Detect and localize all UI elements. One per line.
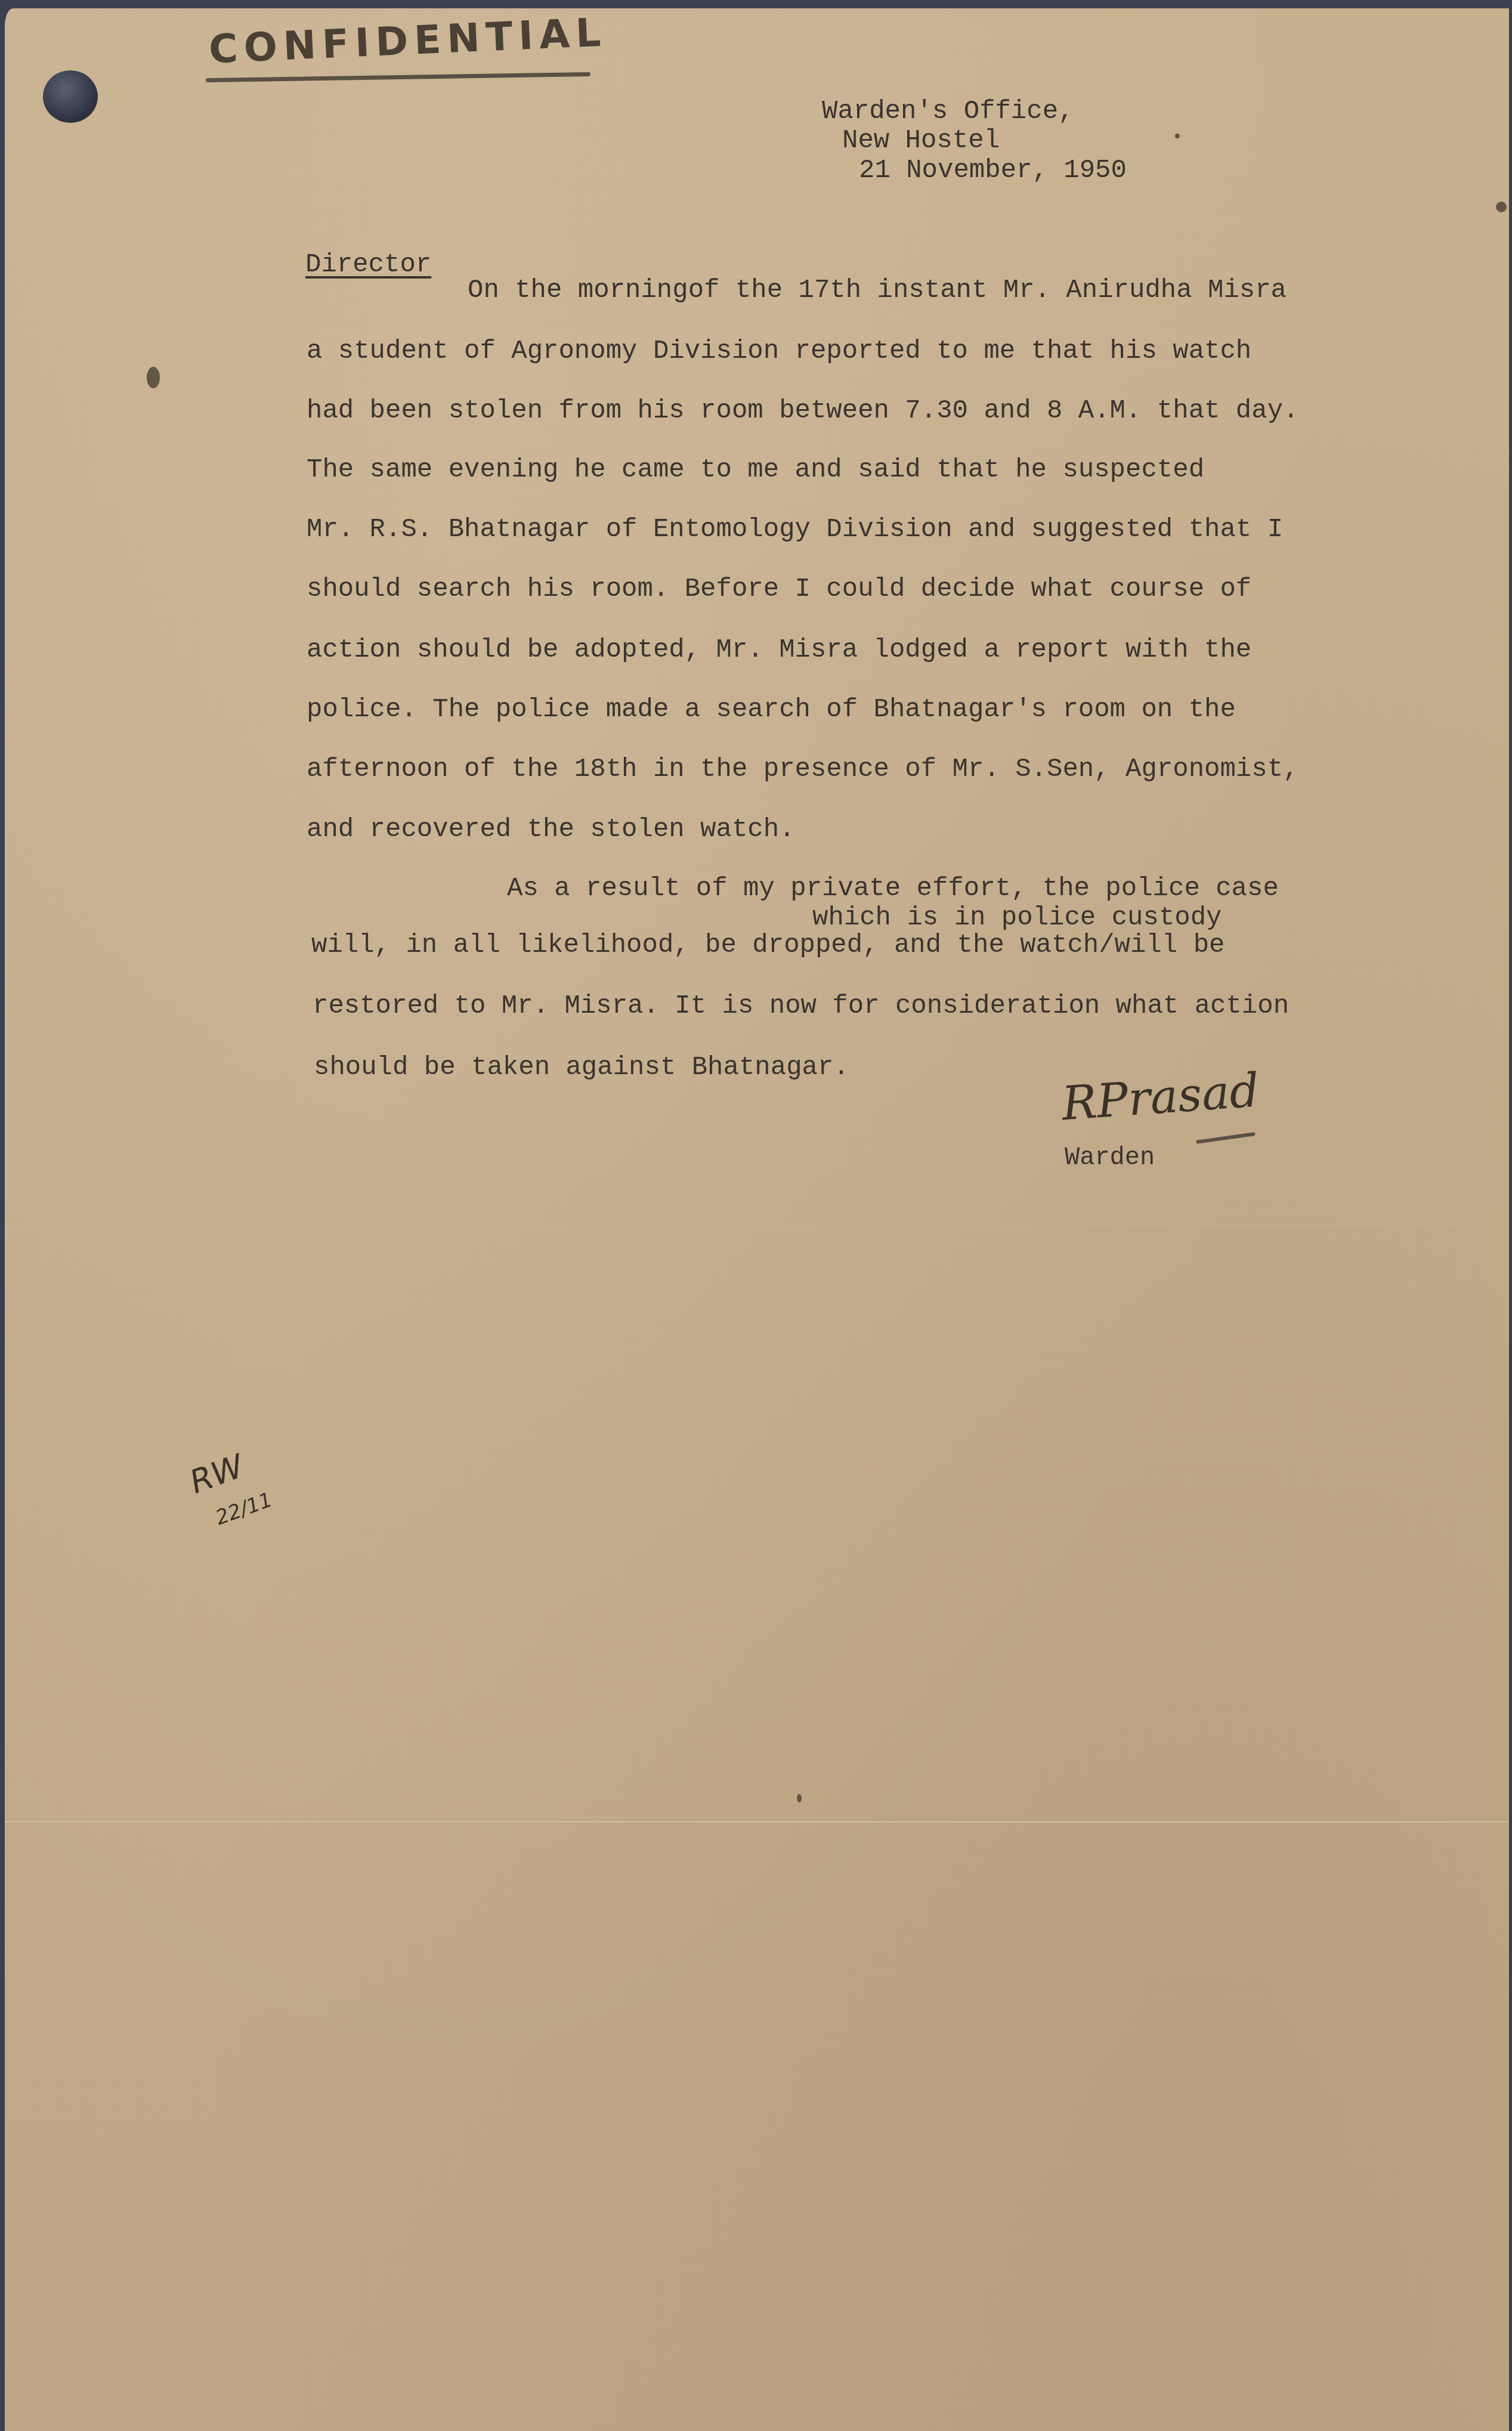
letter-date: 21 November, 1950 — [859, 157, 1127, 184]
punch-hole — [43, 70, 98, 123]
body-line: action should be adopted, Mr. Misra lodg… — [307, 637, 1251, 663]
body-line: had been stolen from his room between 7.… — [307, 398, 1298, 424]
addressee: Director — [305, 252, 431, 278]
body-line: On the morningof the 17th instant Mr. An… — [468, 277, 1287, 304]
body-line: As a result of my private effort, the po… — [507, 876, 1279, 902]
body-line: police. The police made a search of Bhat… — [307, 697, 1236, 723]
ink-blot — [1496, 202, 1507, 212]
ink-blot — [147, 367, 160, 388]
body-line: should be taken against Bhatnagar. — [314, 1054, 849, 1081]
interlinear-insert: which is in police custody — [812, 905, 1222, 931]
office-location: New Hostel — [842, 128, 1000, 154]
body-line: restored to Mr. Misra. It is now for con… — [313, 993, 1289, 1019]
body-line: a student of Agronomy Division reported … — [307, 338, 1251, 364]
body-line: and recovered the stolen watch. — [307, 816, 795, 843]
body-line: The same evening he came to me and said … — [307, 457, 1204, 483]
office-name: Warden's Office, — [822, 98, 1074, 125]
body-line: should search his room. Before I could d… — [307, 576, 1251, 602]
paper-fold-line — [5, 1821, 1509, 1823]
paper-speck — [1175, 134, 1180, 138]
signatory-title: Warden — [1065, 1145, 1155, 1170]
body-line: Mr. R.S. Bhatnagar of Entomology Divisio… — [307, 516, 1283, 543]
document-page — [5, 8, 1509, 2431]
body-line: will, in all likelihood, be dropped, and… — [311, 932, 1225, 958]
paper-speck — [797, 1794, 802, 1802]
body-line: afternoon of the 18th in the presence of… — [307, 756, 1298, 783]
paper-fold-line — [5, 1225, 1509, 1227]
